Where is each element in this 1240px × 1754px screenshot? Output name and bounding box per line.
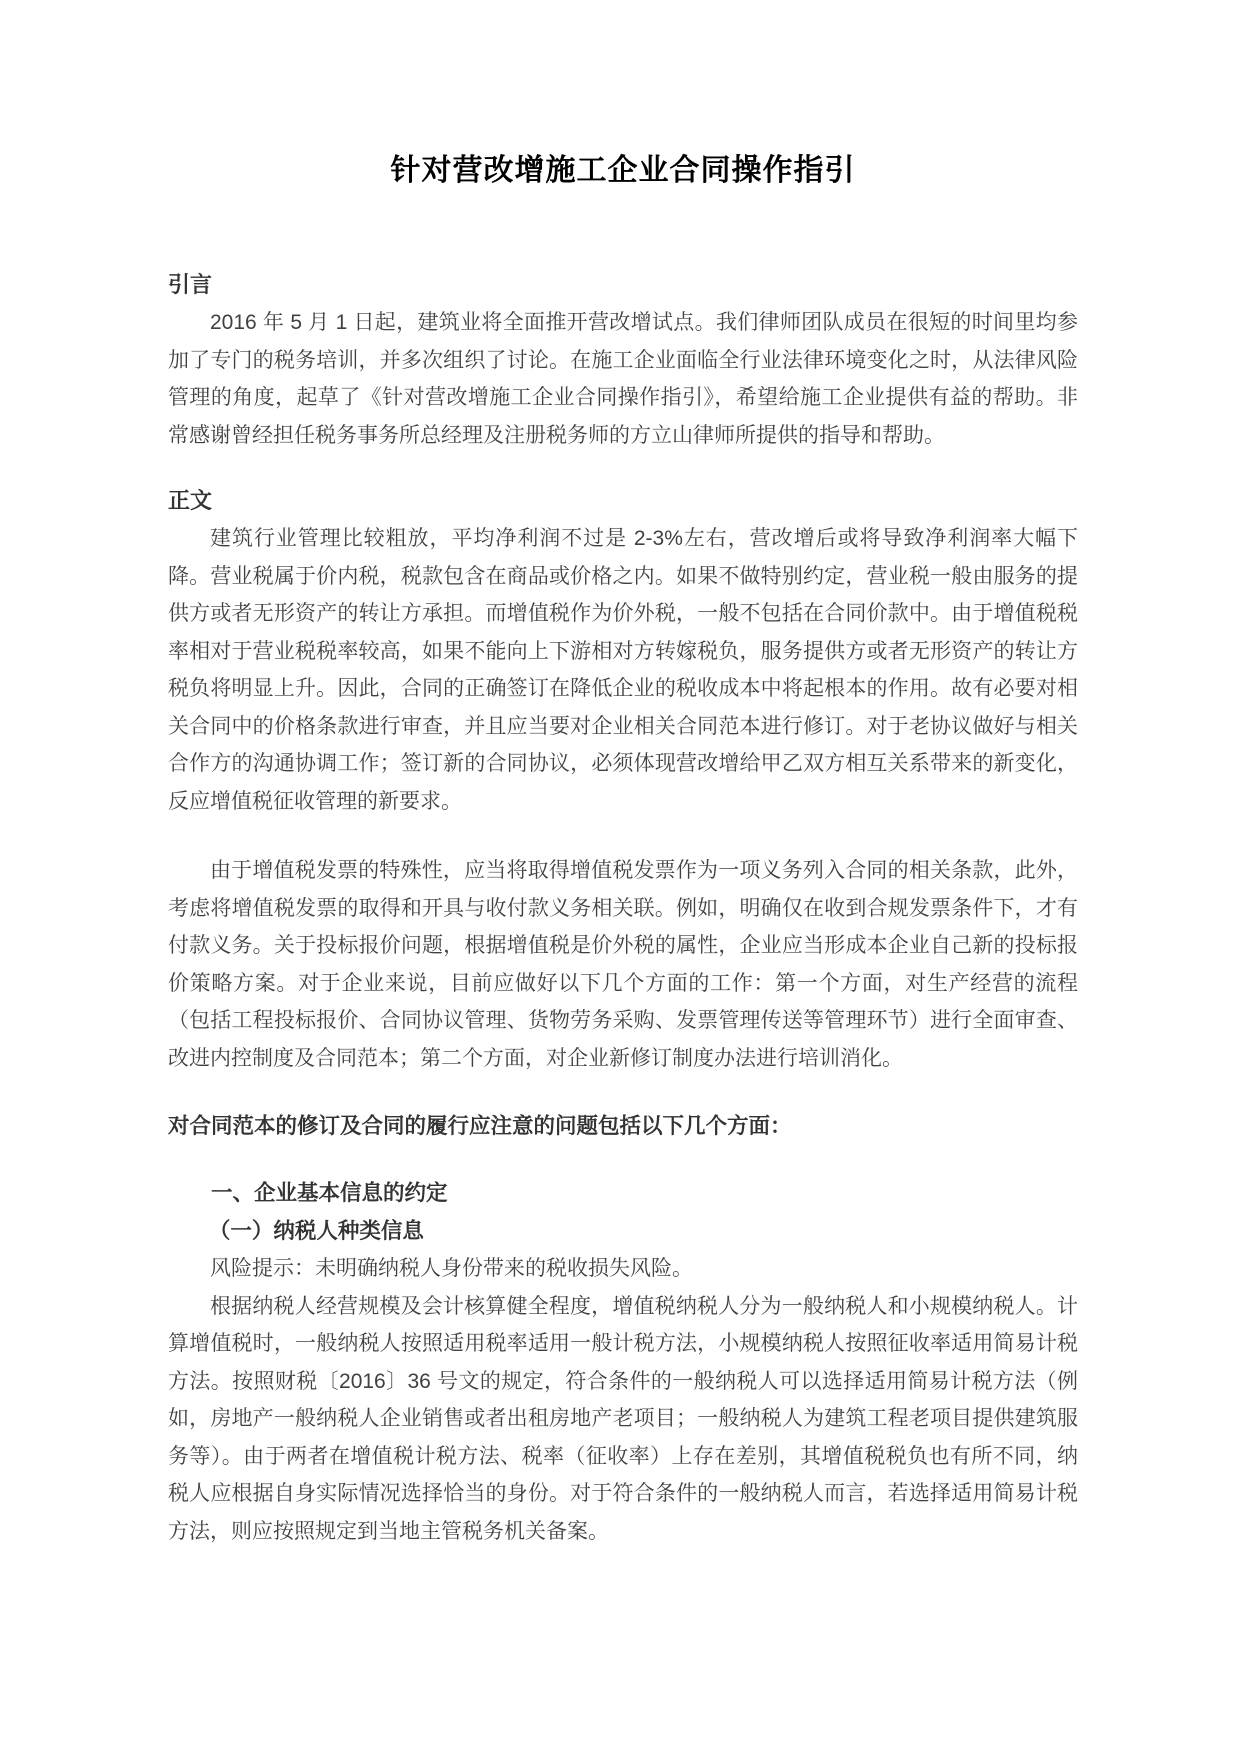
section-one-paragraph: 根据纳税人经营规模及会计核算健全程度，增值税纳税人分为一般纳税人和小规模纳税人。…	[168, 1288, 1078, 1551]
document-page: 针对营改增施工企业合同操作指引 引言 2016 年 5 月 1 日起，建筑业将全…	[0, 0, 1240, 1754]
main-body-heading: 正文	[168, 482, 1078, 520]
intro-heading: 引言	[168, 266, 1078, 304]
document-title: 针对营改增施工企业合同操作指引	[168, 150, 1078, 192]
emphasis-statement: 对合同范本的修订及合同的履行应注意的问题包括以下几个方面：	[168, 1107, 1078, 1145]
main-paragraph-1: 建筑行业管理比较粗放，平均净利润不过是 2-3%左右，营改增后或将导致净利润率大…	[168, 520, 1078, 820]
section-one-subsection-heading: （一）纳税人种类信息	[168, 1213, 1078, 1251]
risk-note: 风险提示：未明确纳税人身份带来的税收损失风险。	[168, 1250, 1078, 1288]
intro-paragraph: 2016 年 5 月 1 日起，建筑业将全面推开营改增试点。我们律师团队成员在很…	[168, 304, 1078, 454]
main-paragraph-2: 由于增值税发票的特殊性，应当将取得增值税发票作为一项义务列入合同的相关条款，此外…	[168, 852, 1078, 1077]
section-one-heading: 一、企业基本信息的约定	[168, 1175, 1078, 1213]
